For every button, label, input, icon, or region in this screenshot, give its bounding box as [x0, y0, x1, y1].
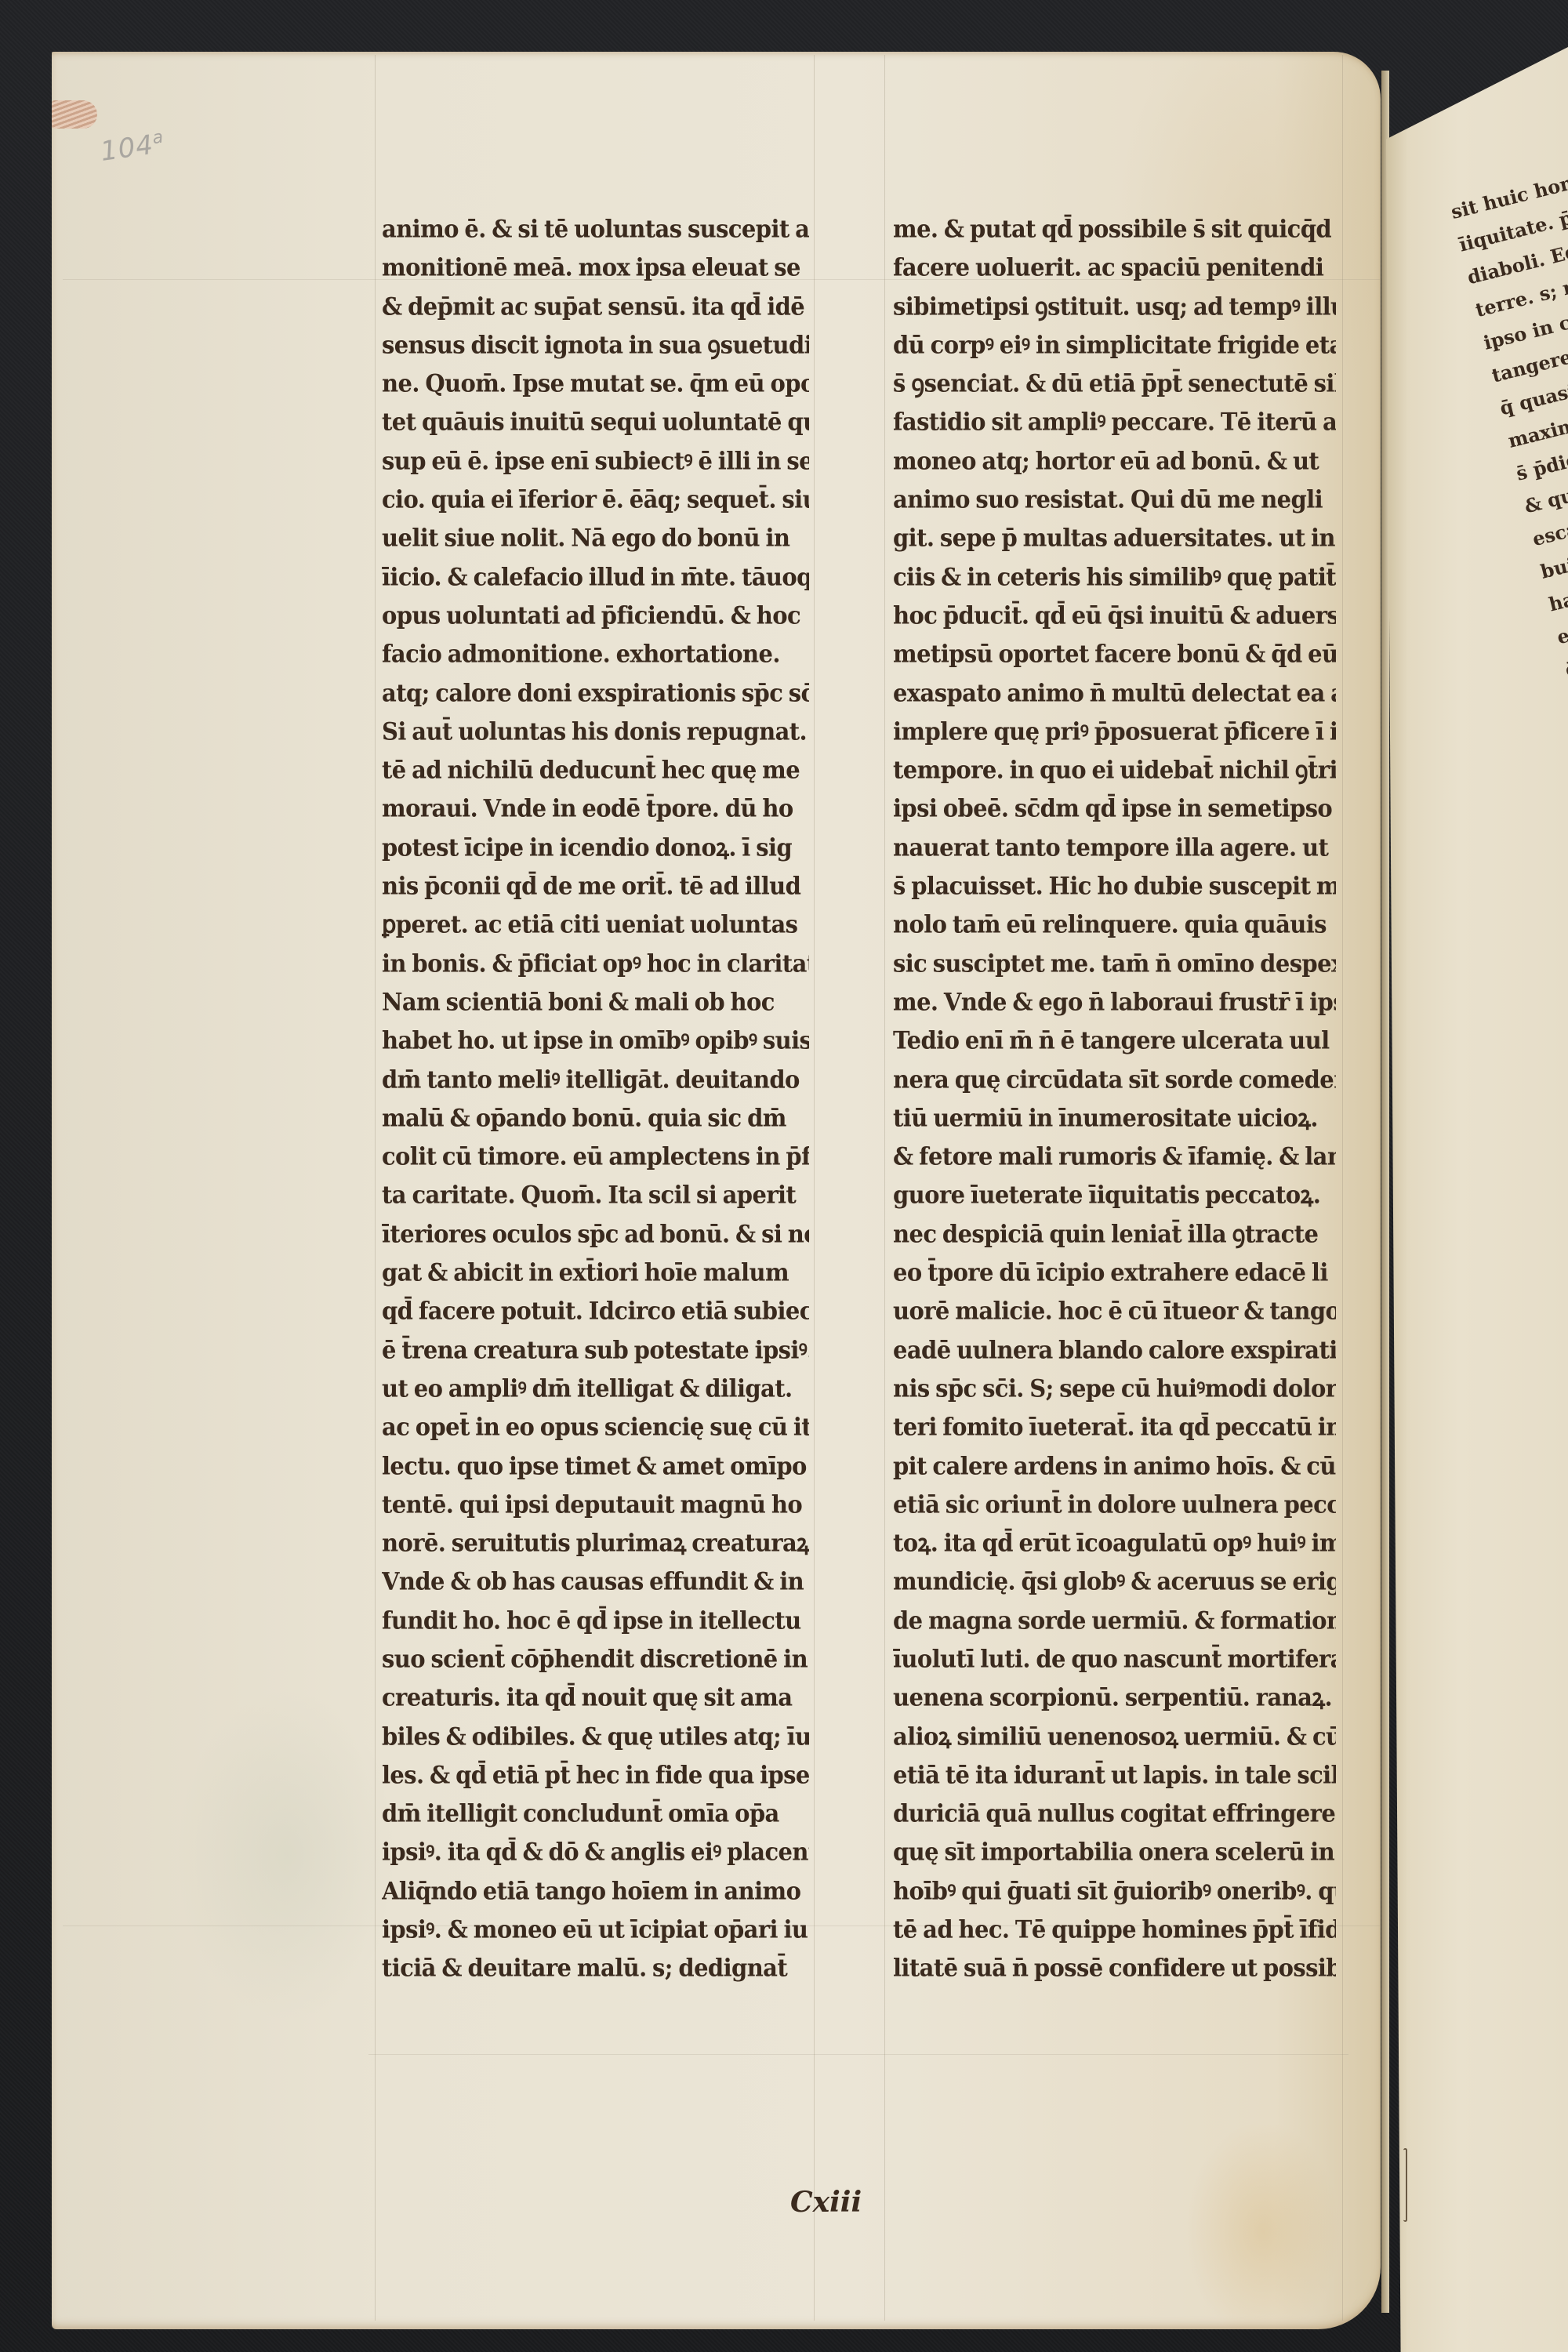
- text-line: sibimetipsi ꝯstituit. usq; ad tempꝰ illu…: [893, 286, 1336, 327]
- text-line: tempore. in quo ei uidebat̄ nichil ꝯt̄ri…: [893, 750, 1336, 791]
- ruling-line: [375, 55, 376, 2321]
- text-line: guore īueterate īiquitatis peccatoꝝ.: [893, 1175, 1336, 1216]
- text-line: īicio. & calefacio illud in m̄te. tāuoq;: [382, 557, 809, 597]
- text-line: tē ad nichilū deducunt̄ hec quę me: [382, 750, 809, 791]
- text-line: Vnde & ob has causas effundit & in: [382, 1562, 809, 1602]
- text-line: gat & abicit in ext̄iori hoīe malum: [382, 1253, 809, 1294]
- text-line: sensus discit ignota in sua ꝯsuetudi: [382, 325, 809, 366]
- text-line: git. sepe p̄ multas aduersitates. ut in …: [893, 518, 1336, 559]
- text-line: ipsiꝰ. ita qd̄ & dō & anglis eiꝰ placent…: [382, 1832, 809, 1873]
- text-line: ciis & in ceteris his similibꝰ quę patit…: [893, 557, 1336, 597]
- text-line: Nam scientiā boni & mali ob hoc: [382, 982, 809, 1023]
- text-line: eadē uulnera blando calore exspiratio: [893, 1330, 1336, 1370]
- binding-thread: [52, 100, 97, 129]
- text-column-right: me. & putat qd̄ possibile s̄ sit quicq̄d…: [893, 210, 1336, 1988]
- text-column-left: animo ē. & si tē uoluntas suscepit am mo…: [382, 210, 809, 1988]
- text-line: ac opet̄ in eo opus sciencię suę cū itel: [382, 1407, 809, 1448]
- text-line: lectu. quo ipse timet & amet omīpo: [382, 1446, 809, 1486]
- text-line: facere uoluerit. ac spaciū penitendi: [893, 248, 1336, 289]
- text-line: īuolutī luti. de quo nascunt̄ mortifera: [893, 1639, 1336, 1680]
- text-line: implere quę priꝰ p̄posuerat p̄ficere ī i…: [893, 712, 1336, 753]
- text-line: cio. quia ei īferior ē. ēāq; sequet̄. si…: [382, 480, 809, 521]
- text-line: s̄ ꝯsenciat. & dū etiā p̄pt̄ senectutē s…: [893, 364, 1336, 405]
- text-line: nolo tam̄ eū relinquere. quia quāuis: [893, 905, 1336, 946]
- text-line: malū & op̄ando bonū. quia sic dm̄: [382, 1098, 809, 1139]
- text-line: litatē suā n̄ possē confidere ut possibi…: [893, 1948, 1336, 1989]
- text-line: nis sp̄c sc̄i. S; sepe cū huiꝰmodi dolor…: [893, 1369, 1336, 1410]
- text-line: ticiā & deuitare malū. s; dedignat̄: [382, 1948, 809, 1989]
- text-line: uenena scorpionū. serpentiū. ranaꝝ. &: [893, 1678, 1336, 1719]
- facing-recto-leaf: sit huic homini se ad dn̄ īiquitate. p̄ …: [1386, 47, 1568, 2352]
- text-line: uelit siue nolit. Nā ego do bonū in: [382, 518, 809, 559]
- text-line: ta caritate. Quom̄. Ita scil si aperit: [382, 1175, 809, 1216]
- text-line: tē ad hec. Tē quippe homines p̄pt̄ īfide: [893, 1910, 1336, 1951]
- text-line: Si aut̄ uoluntas his donis repugnat.: [382, 712, 809, 753]
- text-line: me. Vnde & ego n̄ laboraui frustr̄ ī ips…: [893, 982, 1336, 1023]
- text-line: tet quāuis inuitū sequi uoluntatē quę: [382, 402, 809, 443]
- text-line: hoībꝰ qui ḡuati sīt ḡuioribꝰ oneribꝰ. qu…: [893, 1871, 1336, 1912]
- text-line: suo scient̄ cōp̄hendit discretionē in: [382, 1639, 809, 1680]
- text-line: colit cū timore. eū amplectens in p̄fec: [382, 1137, 809, 1178]
- ruling-line: [368, 2054, 1348, 2055]
- text-line: mundicię. q̄si globꝰ & aceruus se erigen…: [893, 1562, 1336, 1602]
- text-line: animo suo resistat. Qui dū me negli: [893, 480, 1336, 521]
- text-line: toꝝ. ita qd̄ erūt īcoagulatū opꝰ huiꝰ im: [893, 1523, 1336, 1564]
- text-line: ne. Quom̄. Ipse mutat se. q̄m eū opor: [382, 364, 809, 405]
- text-line: nis p̄conii qd̄ de me orit̄. tē ad illud: [382, 866, 809, 907]
- text-line: etiā tē ita idurant̄ ut lapis. in tale s…: [893, 1755, 1336, 1796]
- text-line: dm̄ tanto meliꝰ itelligāt. deuitando: [382, 1059, 809, 1100]
- text-line: norē. seruitutis plurimaꝝ creaturaꝝ.: [382, 1523, 809, 1564]
- text-line: nauerat tanto tempore illa agere. ut: [893, 828, 1336, 869]
- text-line: creaturis. ita qd̄ nouit quę sit ama: [382, 1678, 809, 1719]
- text-line: duriciā quā nullus cogitat effringere.: [893, 1794, 1336, 1835]
- text-line: opus uoluntati ad p̄ficiendū. & hoc: [382, 596, 809, 637]
- text-line: ut eo ampliꝰ dm̄ itelligat & diligat.: [382, 1369, 809, 1410]
- quire-signature: Cxiii: [790, 2186, 862, 2219]
- text-line: sup eū ē. ipse enī subiectꝰ ē illi in se…: [382, 441, 809, 482]
- ruling-line: [1342, 55, 1343, 2321]
- text-line: biles & odibiles. & quę utiles atq; īuti: [382, 1716, 809, 1757]
- text-line: alioꝝ similiū uenenosoꝝ uermiū. & cū: [893, 1716, 1336, 1757]
- text-line: les. & qd̄ etiā pt̄ hec in fide qua ipse: [382, 1755, 809, 1796]
- facing-page-text: sit huic homini se ad dn̄ īiquitate. p̄ …: [1447, 147, 1568, 1243]
- text-line: hoc p̄ducit̄. qd̄ eū q̄si inuitū & aduer…: [893, 596, 1336, 637]
- text-line: dū corpꝰ eiꝰ in simplicitate frigide eta…: [893, 325, 1336, 366]
- text-line: nec despiciā quin leniat̄ illa ꝯtracte: [893, 1214, 1336, 1254]
- text-line: Aliq̄ndo etiā tango hoīem in animo: [382, 1871, 809, 1912]
- text-line: etiā sic oriunt̄ in dolore uulnera pecca: [893, 1485, 1336, 1526]
- text-line: de magna sorde uermiū. & formatione: [893, 1600, 1336, 1641]
- text-line: s̄ placuisset. Hic ho dubie suscepit me.: [893, 866, 1336, 907]
- ruling-line: [884, 55, 885, 2321]
- text-line: qd̄ facere potuit. Idcirco etiā subiecta: [382, 1291, 809, 1332]
- text-line: teri fomito īueterat̄. ita qd̄ peccatū i…: [893, 1407, 1336, 1448]
- text-line: & dep̄mit ac sup̄at sensū. ita qd̄ idē: [382, 286, 809, 327]
- text-line: ē t̄rena creatura sub potestate ipsiꝰ.: [382, 1330, 809, 1370]
- text-line: ipsi obeē. sc̄dm qd̄ ipse in semetipso o…: [893, 789, 1336, 829]
- text-line: eo t̄pore dū īcipio extrahere edacē li: [893, 1253, 1336, 1294]
- text-line: metipsū oportet facere bonū & q̄d eū ita: [893, 634, 1336, 675]
- margin-mark: [1403, 2148, 1407, 2222]
- text-line: ꝑperet. ac etiā citi ueniat uoluntas: [382, 905, 809, 946]
- text-line: me. & putat qd̄ possibile s̄ sit quicq̄d: [893, 209, 1336, 250]
- text-line: fastidio sit ampliꝰ peccare. Tē iterū ad: [893, 402, 1336, 443]
- text-line: Tedio enī m̄ n̄ ē tangere ulcerata uul: [893, 1021, 1336, 1062]
- text-line: pit calere ardens in animo hoīs. & cū: [893, 1446, 1336, 1486]
- text-line: ipsiꝰ. & moneo eū ut īcipiat op̄ari iu: [382, 1910, 809, 1951]
- text-line: moneo atq; hortor eū ad bonū. & ut: [893, 441, 1336, 482]
- text-line: animo ē. & si tē uoluntas suscepit am: [382, 209, 809, 250]
- manuscript-viewer: 104a animo ē. & si tē uoluntas suscepit …: [0, 0, 1568, 2352]
- text-line: uorē malicie. hoc ē cū ītueor & tango: [893, 1291, 1336, 1332]
- ruling-line: [814, 55, 815, 2321]
- text-line: atq; calore doni exspirationis sp̄c sc̄i…: [382, 673, 809, 713]
- text-line: sic susciptet me. tam̄ n̄ omīno despexit: [893, 943, 1336, 984]
- text-line: tentē. qui ipsi deputauit magnū ho: [382, 1485, 809, 1526]
- text-line: & fetore mali rumoris & īfamię. & lan: [893, 1137, 1336, 1178]
- text-line: fundit ho. hoc ē qd̄ ipse in itellectu: [382, 1600, 809, 1641]
- text-line: quę sīt importabilia onera scelerū in il…: [893, 1832, 1336, 1873]
- text-line: nera quę circūdata sīt sorde comeden: [893, 1059, 1336, 1100]
- text-line: īteriores oculos sp̄c ad bonū. & si ne: [382, 1214, 809, 1254]
- text-line: potest īcipe in icendio donoꝝ. ī sig: [382, 828, 809, 869]
- text-line: exaspato animo n̄ multū delectat ea ad: [893, 673, 1336, 713]
- text-line: monitionē meā. mox ipsa eleuat se: [382, 248, 809, 289]
- text-line: moraui. Vnde in eodē t̄pore. dū ho: [382, 789, 809, 829]
- text-line: habet ho. ut ipse in omībꝰ opibꝰ suis: [382, 1021, 809, 1062]
- text-line: in bonis. & p̄ficiat opꝰ hoc in claritat…: [382, 943, 809, 984]
- text-line: tiū uermiū in īnumerositate uicioꝝ.: [893, 1098, 1336, 1139]
- text-line: facio admonitione. exhortatione.: [382, 634, 809, 675]
- text-line: dm̄ itelligit concludunt̄ omīa op̄a: [382, 1794, 809, 1835]
